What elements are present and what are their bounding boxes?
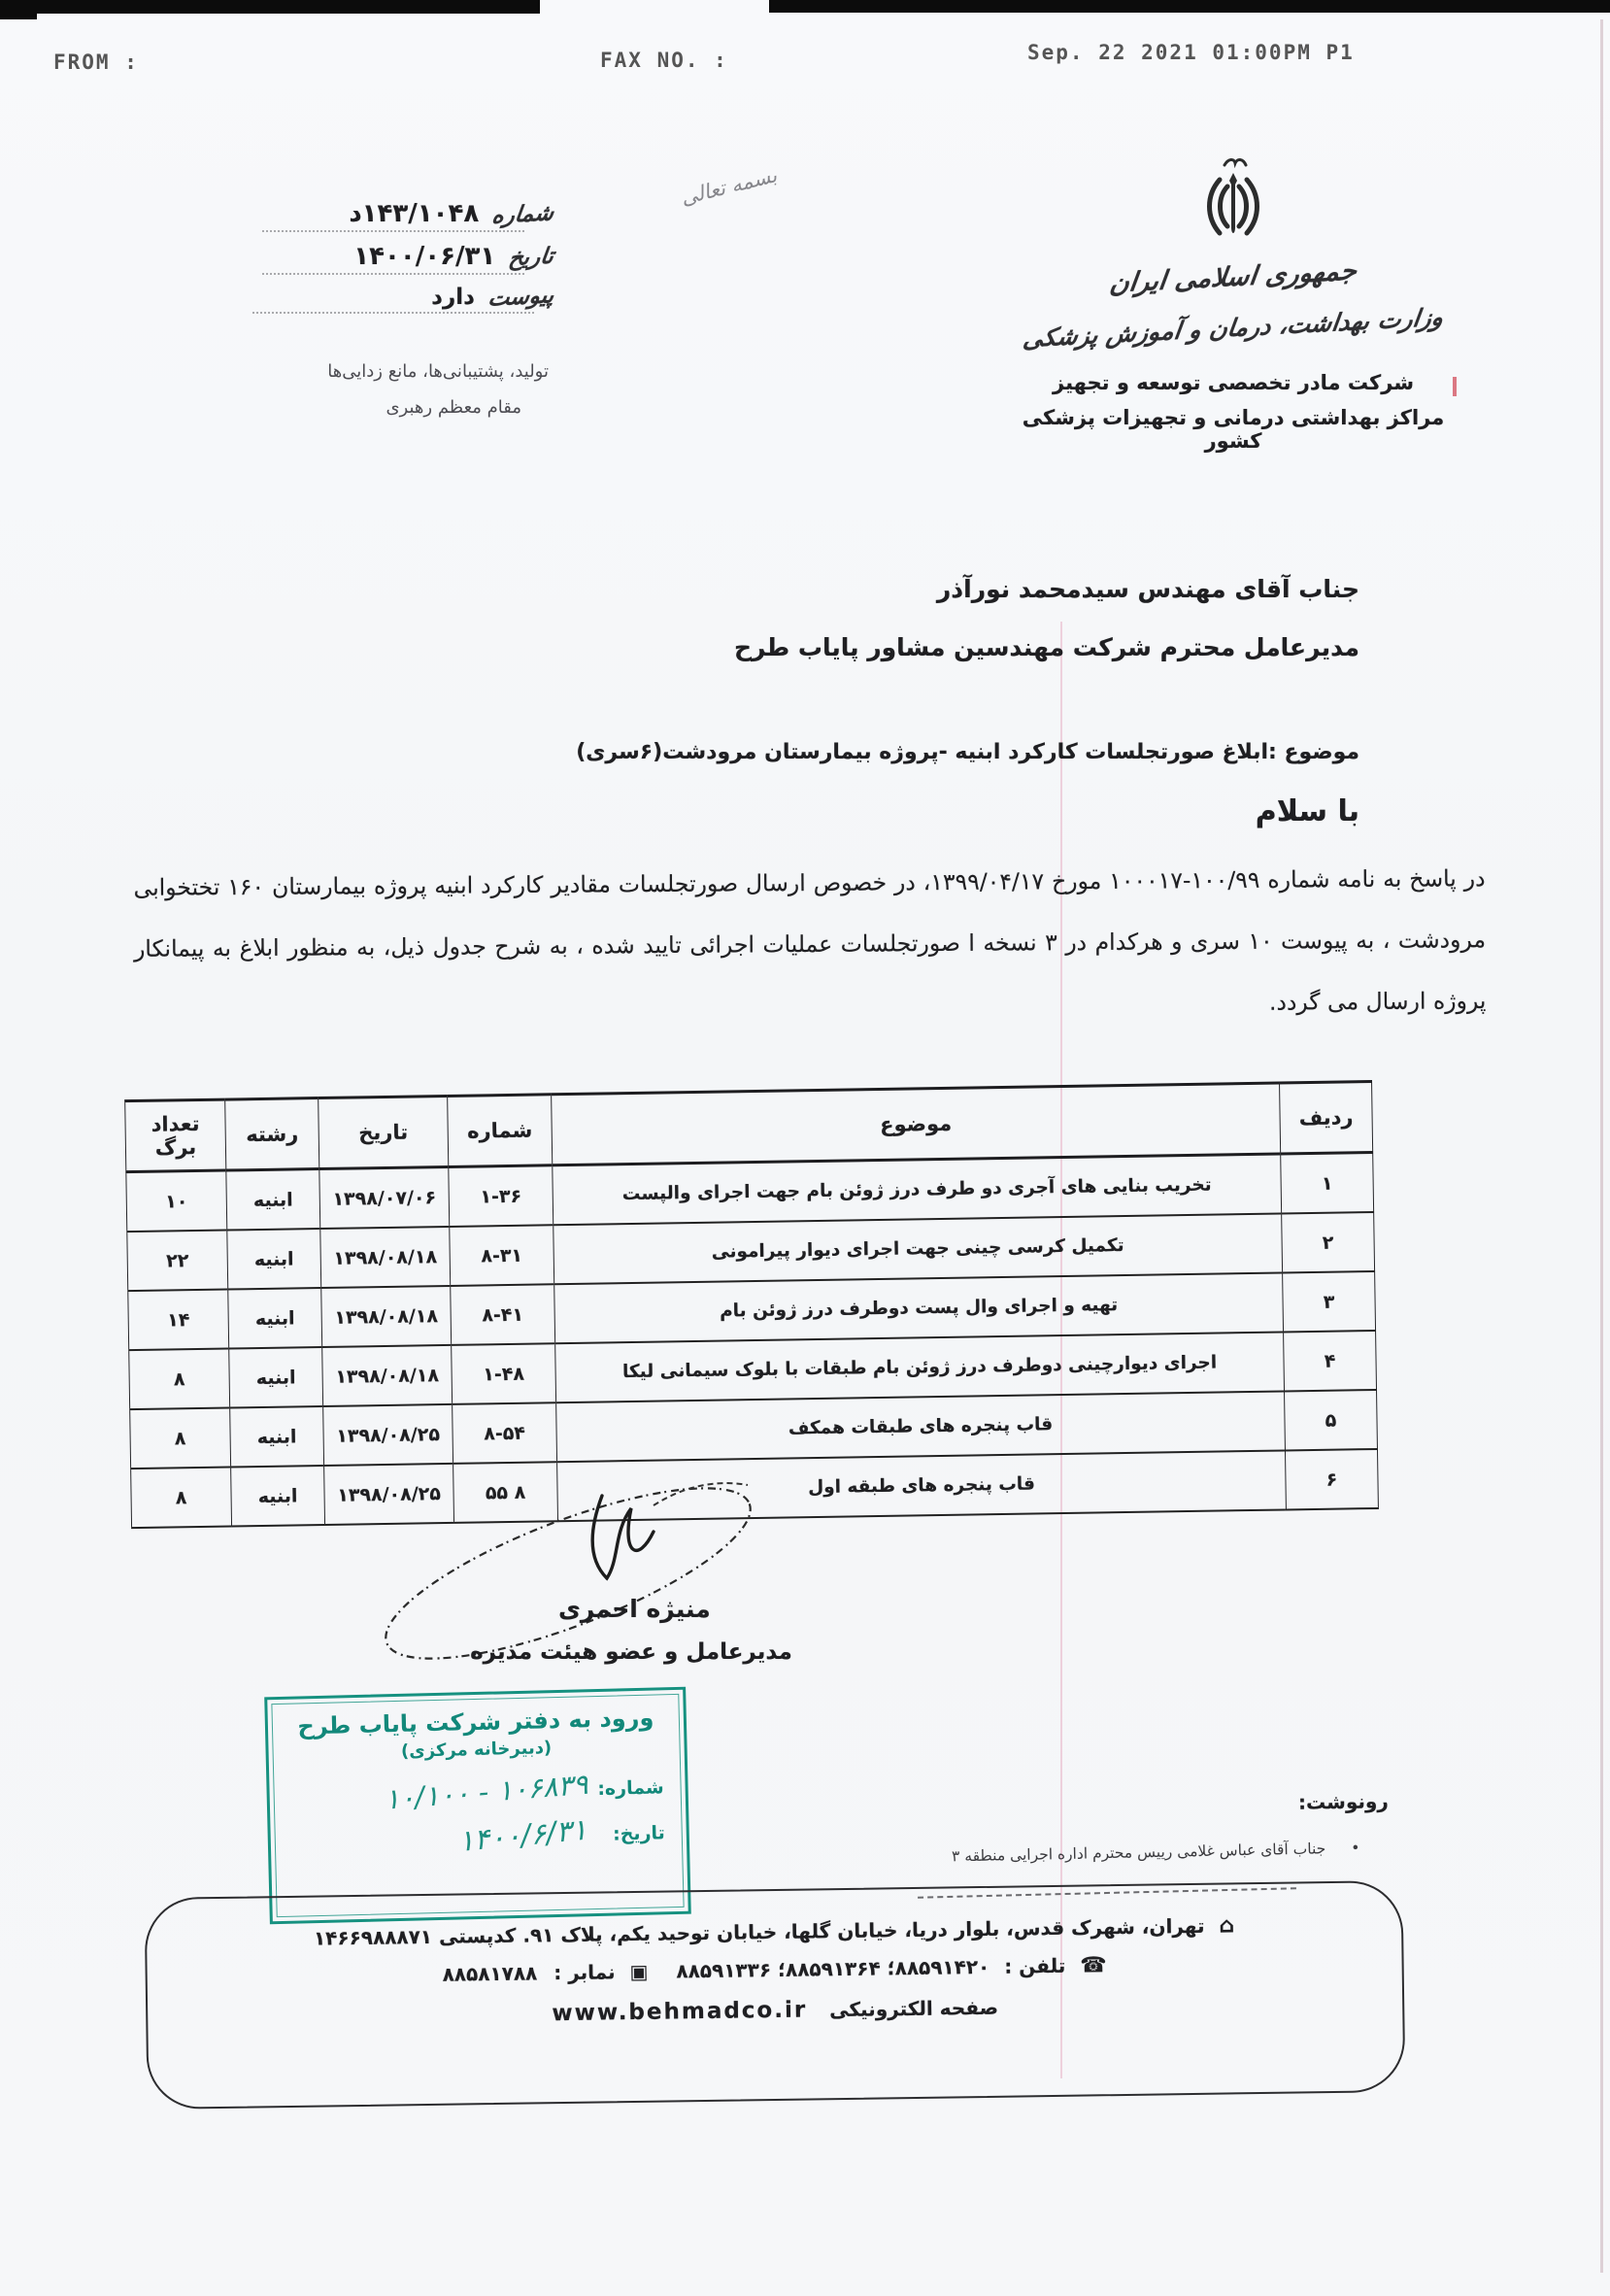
cell-radif: ۱ xyxy=(1281,1152,1374,1213)
bismillah-note: بسمه تعالی xyxy=(679,163,780,210)
letter-number-value: ۱۴۳/۱۰۴۸د xyxy=(349,199,479,228)
letter-attachment-value: دارد xyxy=(431,285,475,310)
cell-tedad: ۸ xyxy=(130,1408,231,1469)
cell-shomare: ۸-۵۴ xyxy=(453,1402,557,1464)
cell-tedad: ۱۴ xyxy=(128,1290,229,1351)
letterhead-org-line1: شرکت مادر تخصصی توسعه و تجهیز xyxy=(1010,371,1457,394)
scan-corner-mark xyxy=(0,0,37,19)
cell-tarikh: ۱۳۹۸/۰۸/۱۸ xyxy=(321,1286,452,1347)
cell-tedad: ۸ xyxy=(131,1468,232,1529)
cell-reshte: ابنیه xyxy=(230,1406,324,1468)
letterhead-left-block: شماره ۱۴۳/۱۰۴۸د تاریخ ۱۴۰۰/۰۶/۳۱ پیوست د… xyxy=(218,199,553,314)
phone-icon: ☎ xyxy=(1080,1953,1107,1977)
entry-stamp: ورود به دفتر شرکت پایاب طرح (دبیرخانه مر… xyxy=(264,1687,691,1925)
signature-name: منیژه احمری xyxy=(558,1595,711,1623)
letterhead-right-block: جمهوری اسلامی ایران وزارت بهداشت، درمان … xyxy=(1010,155,1457,453)
table-wrapper: ردیف موضوع شماره تاریخ رشته تعداد برگ ۱ … xyxy=(124,1080,1387,1509)
col-header-shomare: شماره xyxy=(448,1095,553,1167)
letterhead-republic-line: جمهوری اسلامی ایران xyxy=(1006,251,1459,304)
cell-radif: ۳ xyxy=(1283,1271,1376,1332)
col-header-mozu: موضوع xyxy=(552,1083,1281,1165)
letter-attachment-row: پیوست دارد xyxy=(218,285,553,310)
footer-phone-label: تلفن : xyxy=(1004,1954,1065,1978)
col-header-tedad: تعداد برگ xyxy=(125,1099,226,1172)
signature-title: مدیرعامل و عضو هیئت مدیره xyxy=(403,1639,859,1665)
col-header-tarikh: تاریخ xyxy=(319,1096,449,1168)
footer-address-line: ⌂ تهران، شهرک قدس، بلوار دریا، خیابان گل… xyxy=(147,1911,1401,1953)
letter-number-label: شماره xyxy=(490,200,554,228)
cell-reshte: ابنیه xyxy=(226,1169,320,1231)
footer-box: ⌂ تهران، شهرک قدس، بلوار دریا، خیابان گل… xyxy=(145,1880,1406,2110)
letter-date-value: ۱۴۰۰/۰۶/۳۱ xyxy=(353,242,495,271)
fax-number-label: FAX NO. : xyxy=(600,49,728,72)
scan-top-bar-right xyxy=(769,0,1610,13)
cell-shomare: ۸-۴۱ xyxy=(451,1284,555,1345)
letterhead-ministry-line: وزارت بهداشت، درمان و آموزش پزشکی xyxy=(1006,302,1459,354)
addressee-line2: مدیرعامل محترم شرکت مهندسین مشاور پایاب … xyxy=(734,633,1359,661)
cell-tarikh: ۱۳۹۸/۰۸/۱۸ xyxy=(320,1227,451,1288)
footer-website: www.behmadco.ir xyxy=(552,1998,807,2027)
cell-shomare: ۱-۳۶ xyxy=(449,1165,553,1227)
copy-to-label: رونوشت: xyxy=(1298,1789,1389,1814)
cell-reshte: ابنیه xyxy=(229,1347,323,1408)
addressee-line1: جناب آقای مهندس سیدمحمد نورآذر xyxy=(937,575,1359,603)
footer-web-line: صفحه الکترونیکی www.behmadco.ir xyxy=(148,1989,1402,2032)
scan-top-bar-left xyxy=(0,0,540,14)
letter-body: در پاسخ به نامه شماره ۱۰۰/۹۹-۱۰۰۰۱۷ مورخ… xyxy=(133,848,1486,1041)
footer-phone-line: ☎ تلفن : ۸۸۵۹۱۴۲۰؛ ۸۸۵۹۱۳۶۴؛ ۸۸۵۹۱۳۳۶ ▣ … xyxy=(148,1949,1402,1991)
cell-radif: ۵ xyxy=(1285,1390,1378,1450)
iran-emblem-icon xyxy=(1010,155,1457,254)
year-slogan-line1: تولید، پشتیبانی‌ها، مانع زدایی‌ها xyxy=(228,361,549,382)
cell-radif: ۲ xyxy=(1282,1212,1375,1272)
year-slogan-block: تولید، پشتیبانی‌ها، مانع زدایی‌ها مقام م… xyxy=(228,361,549,418)
cell-tedad: ۱۰ xyxy=(126,1170,227,1232)
cell-tarikh: ۱۳۹۸/۰۷/۰۶ xyxy=(319,1166,450,1229)
cell-tedad: ۲۲ xyxy=(127,1231,228,1292)
cell-tarikh: ۱۳۹۸/۰۸/۲۵ xyxy=(323,1404,453,1466)
copy-to-item: •جناب آقای عباس غلامی رییس محترم اداره ا… xyxy=(951,1840,1359,1866)
letterhead-org-line2: مراکز بهداشتی درمانی و تجهیزات پزشکی کشو… xyxy=(1010,406,1457,453)
col-header-radif: ردیف xyxy=(1280,1082,1373,1154)
subject-line: موضوع :ابلاغ صورتجلسات کارکرد ابنیه -پرو… xyxy=(576,740,1359,764)
cell-reshte: ابنیه xyxy=(227,1229,321,1290)
letter-date-row: تاریخ ۱۴۰۰/۰۶/۳۱ xyxy=(218,242,553,271)
salutation: با سلام xyxy=(1256,794,1359,828)
year-slogan-line2: مقام معظم رهبری xyxy=(228,397,521,418)
fax-icon: ▣ xyxy=(629,1960,648,1983)
letter-number-row: شماره ۱۴۳/۱۰۴۸د xyxy=(218,199,553,228)
letter-date-label: تاریخ xyxy=(507,244,554,271)
cell-reshte: ابنیه xyxy=(231,1466,325,1527)
fax-timestamp: Sep. 22 2021 01:00PM P1 xyxy=(1027,41,1355,64)
cell-shomare: ۸-۳۱ xyxy=(450,1225,554,1286)
building-icon: ⌂ xyxy=(1219,1913,1234,1938)
fax-from-label: FROM : xyxy=(53,51,139,74)
bullet-icon: • xyxy=(1351,1840,1360,1857)
cell-radif: ۴ xyxy=(1284,1331,1377,1391)
cell-reshte: ابنیه xyxy=(228,1288,322,1349)
letter-attachment-label: پیوست xyxy=(486,283,555,311)
cell-tedad: ۸ xyxy=(129,1349,230,1410)
copy-to-item-text: جناب آقای عباس غلامی رییس محترم اداره اج… xyxy=(951,1840,1325,1865)
fax-scanned-letter-page: FROM : FAX NO. : Sep. 22 2021 01:00PM P1… xyxy=(0,0,1610,2296)
footer-phones: ۸۸۵۹۱۴۲۰؛ ۸۸۵۹۱۳۶۴؛ ۸۸۵۹۱۳۳۶ xyxy=(676,1955,989,1983)
footer-web-label: صفحه الکترونیکی xyxy=(829,1996,998,2021)
col-header-reshte: رشته xyxy=(225,1098,319,1170)
scan-line-right-edge xyxy=(1600,19,1603,2273)
cell-shomare: ۱-۴۸ xyxy=(452,1343,556,1404)
footer-fax-label: نمابر : xyxy=(553,1960,616,1984)
footer-address: تهران، شهرک قدس، بلوار دریا، خیابان گلها… xyxy=(314,1914,1205,1950)
footer-fax-number: ۸۸۵۸۱۷۸۸ xyxy=(442,1961,537,1985)
cell-radif: ۶ xyxy=(1285,1449,1378,1509)
cell-tarikh: ۱۳۹۸/۰۸/۱۸ xyxy=(322,1345,453,1406)
